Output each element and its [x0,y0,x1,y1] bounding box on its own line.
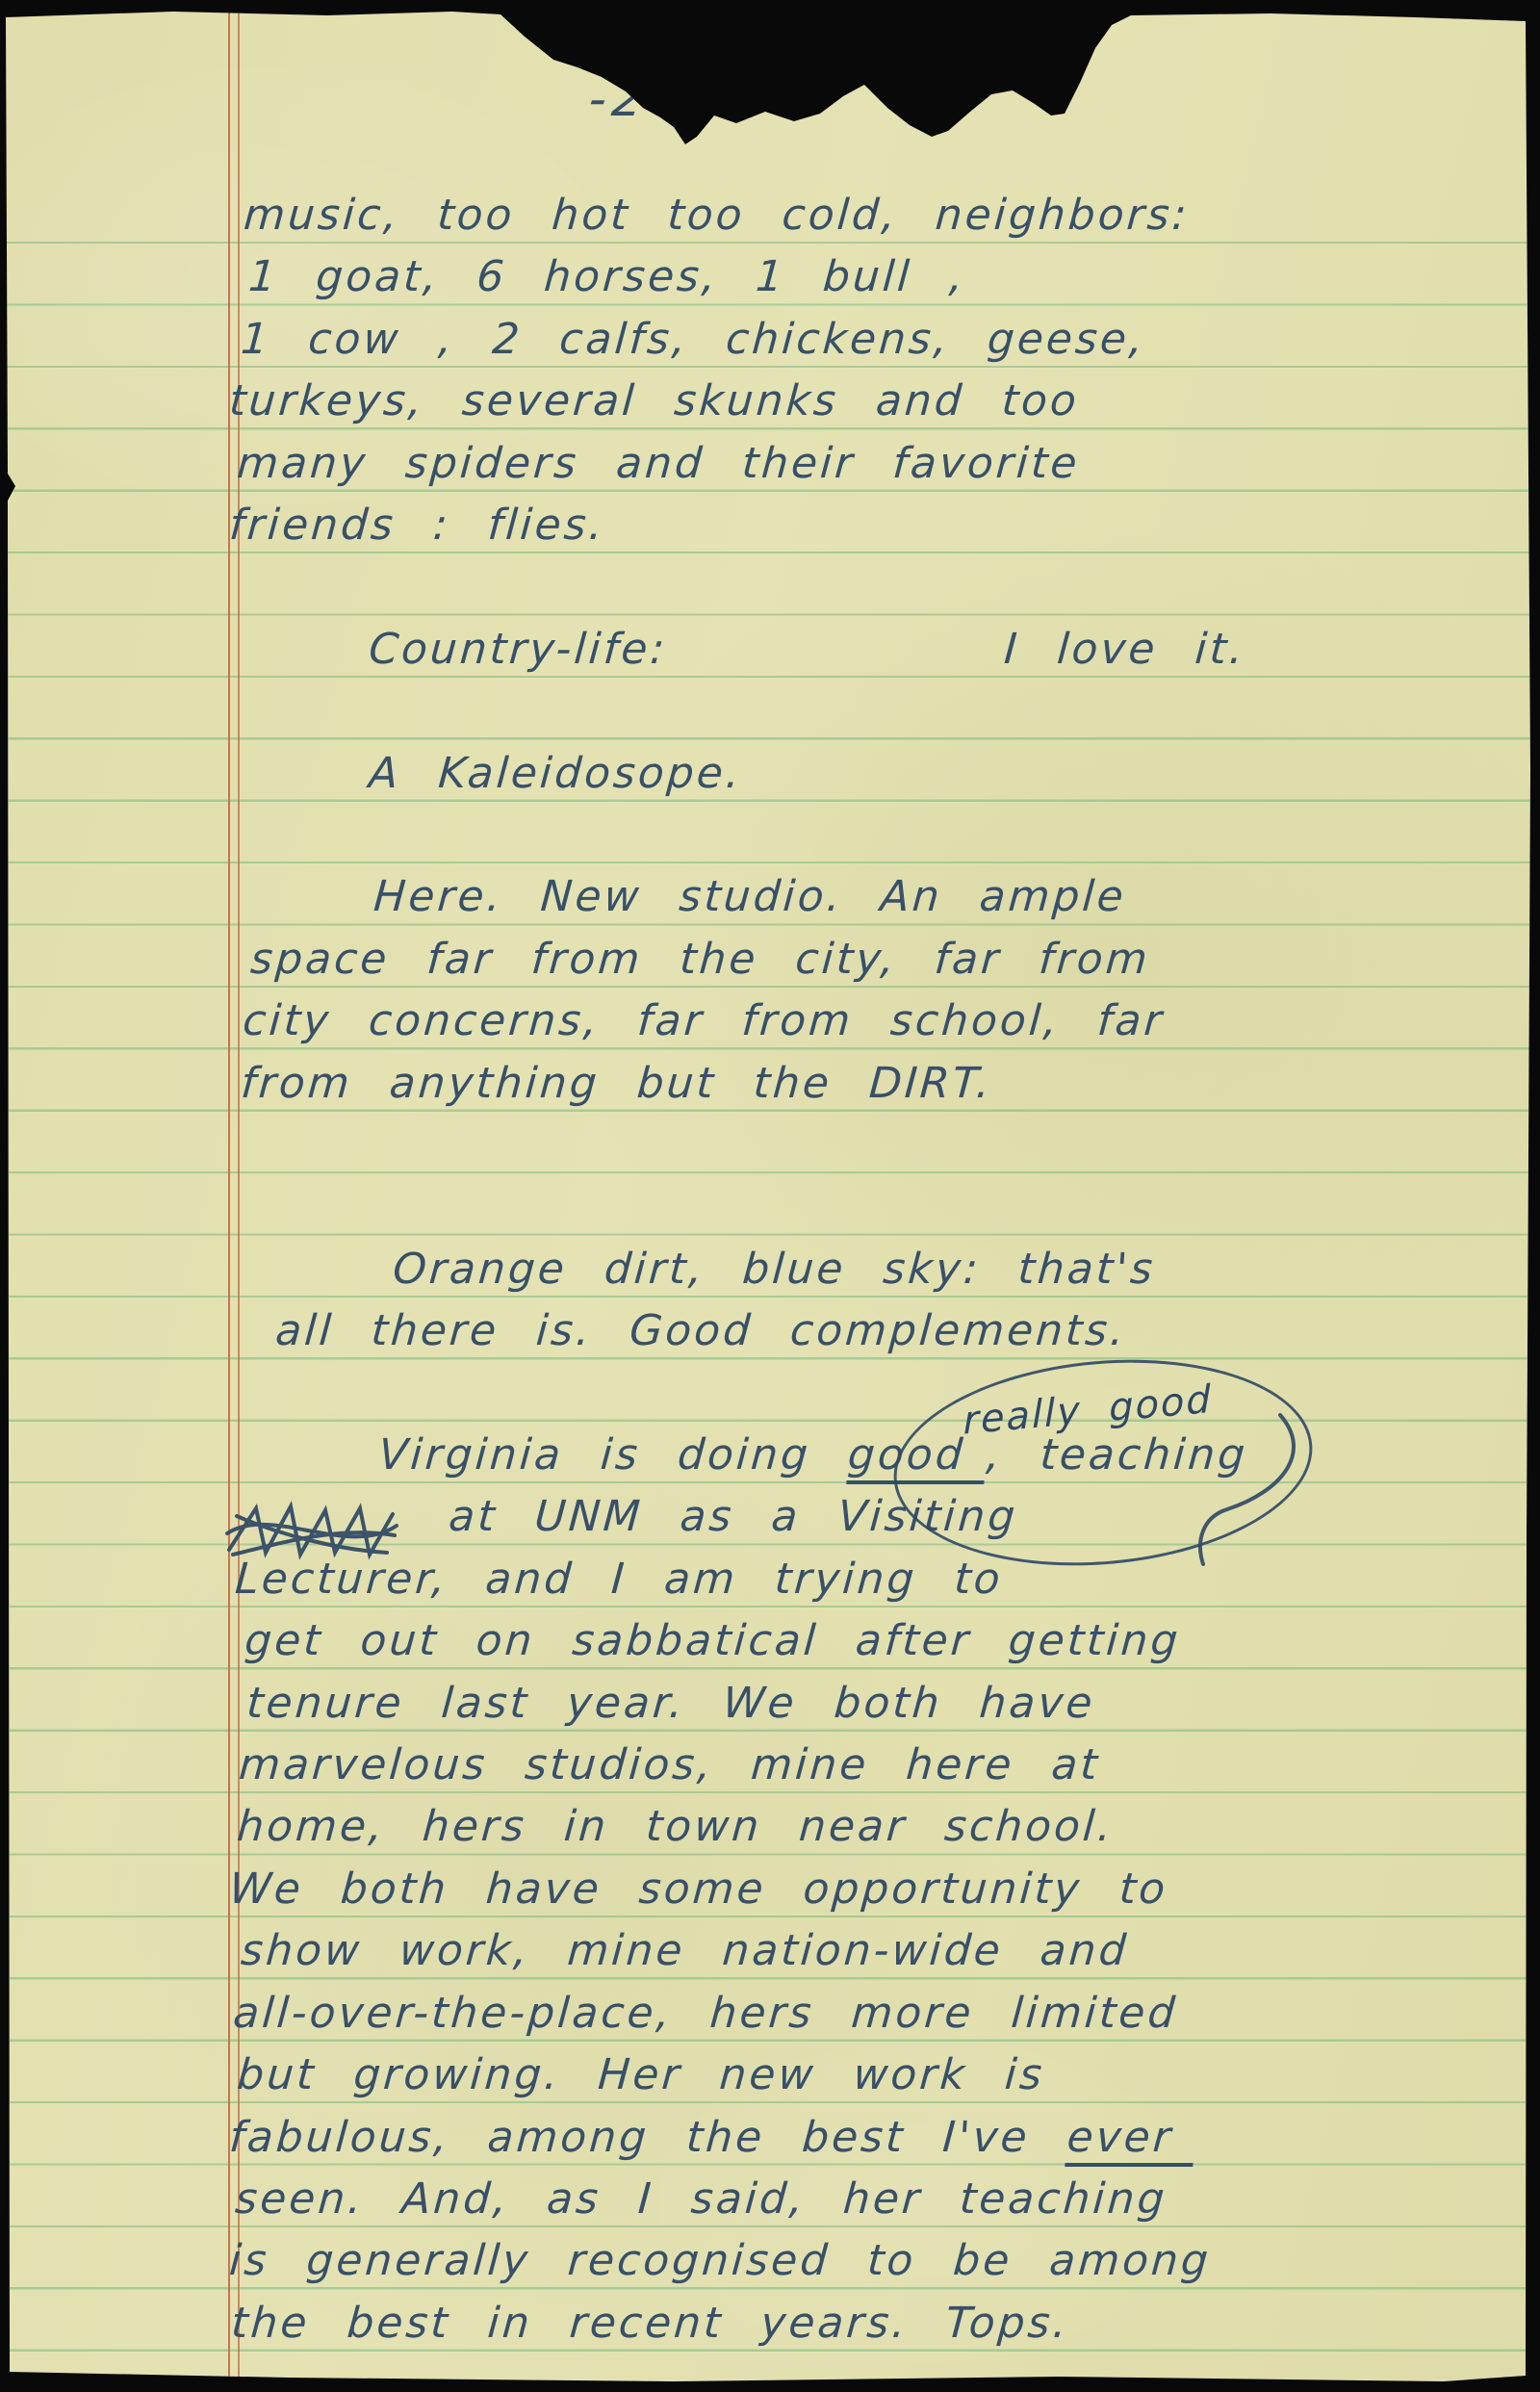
virginia-pre: Virginia is doing [377,1430,850,1479]
photographed-letter: -2- music, too hot too cold, neighbors: … [0,0,1540,2392]
handwritten-line: at UNM as a Visiting [448,1495,1019,1539]
page-number: -2- [586,71,675,127]
handwritten-line: Here. New studio. An ample [372,875,1128,919]
handwritten-line: show work, mine nation-wide and [240,1929,1130,1973]
handwritten-line: city concerns, far from school, far [242,999,1167,1043]
handwritten-line: but growing. Her new work is [236,2053,1046,2097]
handwritten-line: turkeys, several skunks and too [228,379,1081,424]
handwritten-line: many spiders and their favorite [236,442,1081,486]
handwritten-line: Lecturer, and I am trying to [234,1557,1004,1602]
handwritten-line: Orange dirt, blue sky: that's [392,1247,1157,1292]
handwritten-line: marvelous studios, mine here at [238,1743,1102,1788]
handwritten-line: the best in recent years. Tops. [230,2302,1070,2346]
handwritten-line: from anything but the DIRT. [240,1062,994,1106]
virginia-post: , teaching [985,1430,1249,1479]
handwritten-line: all there is. Good complements. [274,1309,1128,1353]
handwritten-line: music, too hot too cold, neighbors: [243,193,1191,238]
ever-pre: fabulous, among the best I've [228,2113,1069,2162]
handwritten-line: friends : flies. [228,503,607,548]
underlined-word: ever [1065,2113,1196,2167]
handwritten-line: We both have some opportunity to [228,1867,1169,1912]
ever-line: fabulous, among the best I've ever [228,2116,1196,2160]
handwritten-line: space far from the city, far from [249,938,1152,982]
handwritten-line: 1 cow , 2 calfs, chickens, geese, [240,318,1147,362]
handwritten-line: home, hers in town near school. [236,1805,1116,1849]
virginia-line: Virginia is doing good, teaching [377,1433,1249,1478]
handwritten-line: get out on sabbatical after getting [244,1619,1182,1663]
handwritten-line: all-over-the-place, hers more limited [232,1992,1179,2036]
handwritten-line: tenure last year. We both have [245,1682,1096,1726]
country-life-label: Country-life: [368,628,669,672]
legal-pad-page: -2- music, too hot too cold, neighbors: … [0,0,1540,2392]
handwritten-line: 1 goat, 6 horses, 1 bull , [247,255,967,299]
underlined-word: good [846,1430,988,1484]
handwritten-line: is generally recognised to be among [228,2239,1213,2283]
country-life-value: I love it. [1003,628,1247,672]
kaleidoscope-line: A Kaleidosope. [368,752,744,796]
handwritten-line: seen. And, as I said, her teaching [234,2177,1168,2222]
